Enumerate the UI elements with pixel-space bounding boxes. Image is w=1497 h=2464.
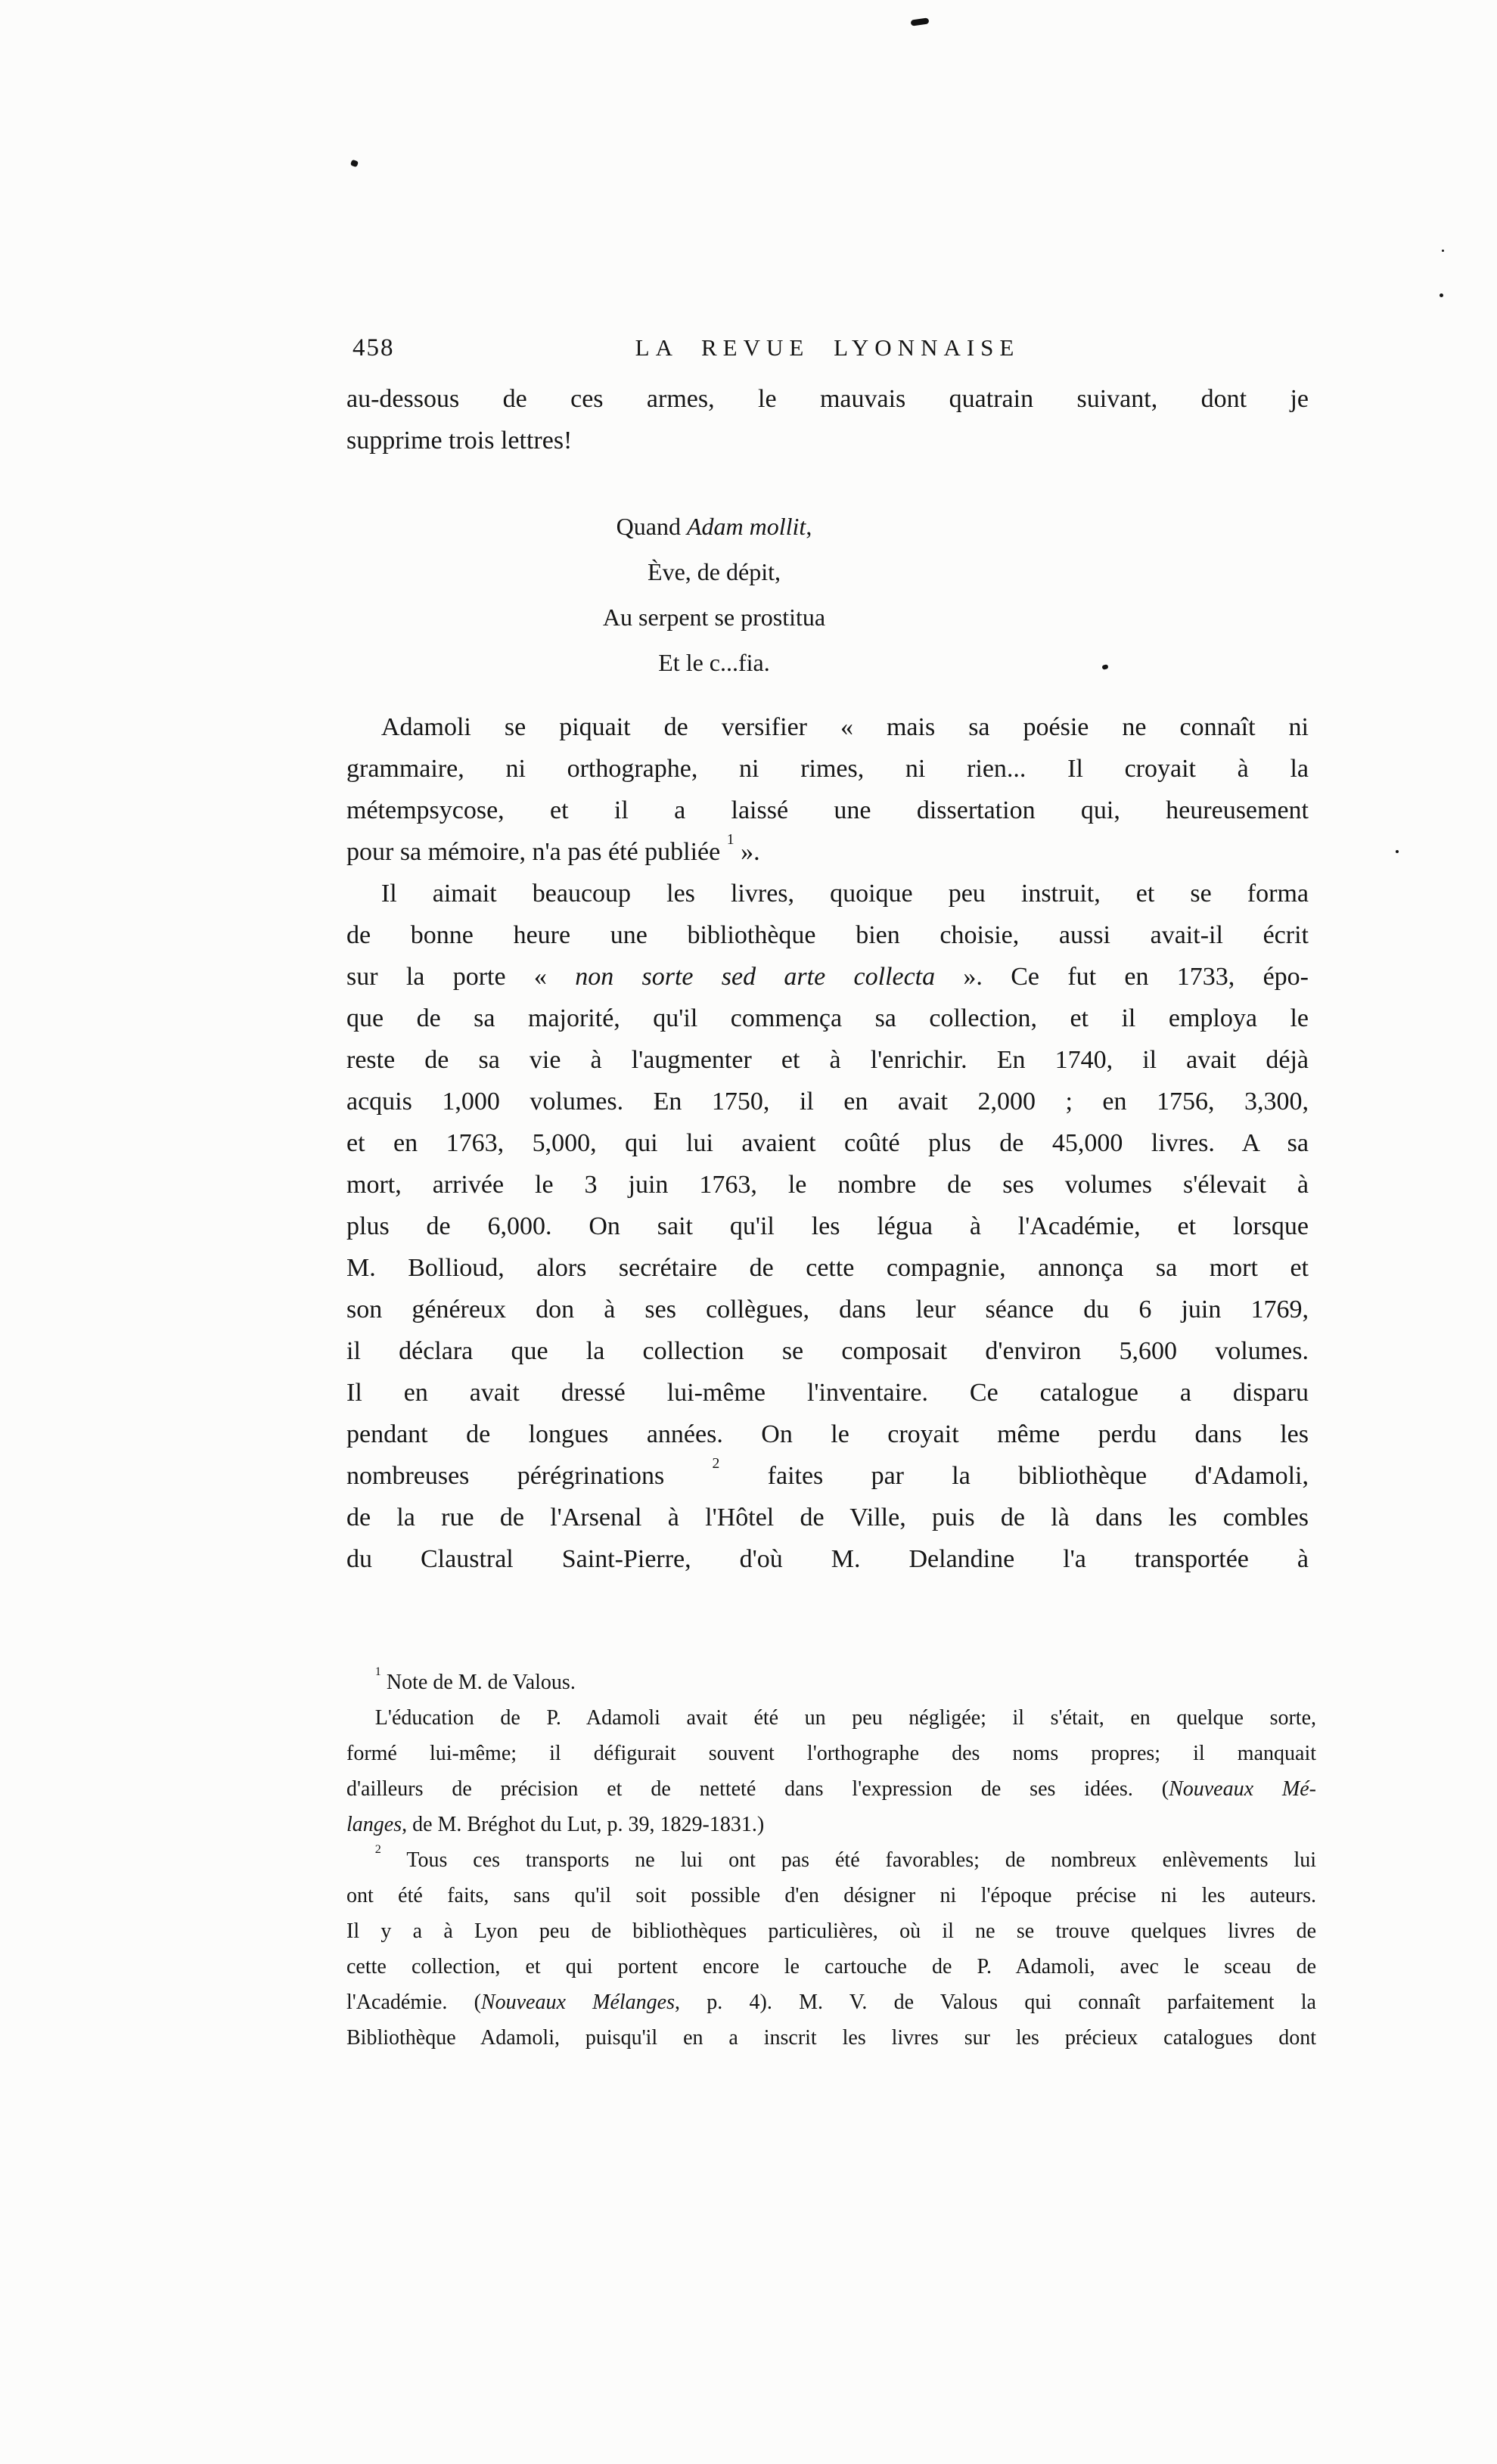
text-line: acquis 1,000 volumes. En 1750, il en ava… <box>346 1081 1309 1122</box>
text-run: Ève, de dépit, <box>648 558 781 585</box>
scan-speck <box>911 17 930 26</box>
text-line: du Claustral Saint-Pierre, d'où M. Delan… <box>346 1538 1309 1580</box>
scan-speck <box>350 160 359 168</box>
text-line: 2 Tous ces transports ne lui ont pas été… <box>346 1842 1316 1878</box>
text-run: Tous ces transports ne lui ont pas été f… <box>381 1848 1316 1872</box>
footnote-2-text: 2 Tous ces transports ne lui ont pas été… <box>346 1842 1316 2056</box>
text-line: formé lui-même; il défigurait souvent l'… <box>346 1736 1316 1771</box>
text-run: Note de M. de Valous. <box>381 1671 576 1694</box>
paragraph-versifier: Adamoli se piquait de versifier « mais s… <box>346 706 1309 873</box>
text-run: ». Ce fut en 1733, épo- <box>935 963 1309 991</box>
text-line: métempsycose, et il a laissé une dissert… <box>346 790 1309 831</box>
text-run: et en 1763, 5,000, qui lui avaient coûté… <box>346 1129 1309 1157</box>
text-line: l'Académie. (Nouveaux Mélanges, p. 4). M… <box>346 1985 1316 2020</box>
text-run: ont été faits, sans qu'il soit possible … <box>346 1884 1316 1907</box>
text-line: pendant de longues années. On le croyait… <box>346 1414 1309 1455</box>
text-line: grammaire, ni orthographe, ni rimes, ni … <box>346 748 1309 790</box>
text-line: Ève, de dépit, <box>346 549 1082 594</box>
italic-text: Nouveaux Mélanges <box>481 1991 675 2014</box>
text-run: acquis 1,000 volumes. En 1750, il en ava… <box>346 1088 1309 1116</box>
text-line: sur la porte « non sorte sed arte collec… <box>346 956 1309 998</box>
text-line: de la rue de l'Arsenal à l'Hôtel de Vill… <box>346 1497 1309 1538</box>
text-line: Il en avait dressé lui-même l'inventaire… <box>346 1372 1309 1414</box>
text-line: plus de 6,000. On sait qu'il les légua à… <box>346 1206 1309 1247</box>
text-line: d'ailleurs de précision et de netteté da… <box>346 1771 1316 1807</box>
scanned-book-page: 458 LA REVUE LYONNAISE au-dessous de ces… <box>0 0 1497 2464</box>
text-block: 458 LA REVUE LYONNAISE au-dessous de ces… <box>346 331 1309 2056</box>
text-run: , <box>806 513 812 540</box>
text-run: sur la porte « <box>346 963 575 991</box>
journal-title: LA REVUE LYONNAISE <box>346 331 1309 365</box>
footnote-reference: 2 <box>375 1842 381 1856</box>
text-run: mort, arrivée le 3 juin 1763, le nombre … <box>346 1171 1309 1199</box>
text-line: pour sa mémoire, n'a pas été publiée 1 »… <box>346 831 1309 873</box>
text-run: d'ailleurs de précision et de netteté da… <box>346 1777 1169 1801</box>
footnote-reference: 1 <box>375 1665 381 1678</box>
italic-text: Adam mollit <box>687 513 806 540</box>
italic-text: Nouveaux Mé- <box>1169 1777 1316 1801</box>
text-line: cette collection, et qui portent encore … <box>346 1949 1316 1985</box>
body-text: Adamoli se piquait de versifier « mais s… <box>346 706 1309 1580</box>
footnote-1-text: L'éducation de P. Adamoli avait été un p… <box>346 1700 1316 1842</box>
italic-text: langes <box>346 1813 402 1836</box>
scan-speck <box>1440 293 1443 297</box>
text-run: au-dessous de ces armes, le mauvais quat… <box>346 385 1309 413</box>
paragraph-bibliotheque: Il aimait beaucoup les livres, quoique p… <box>346 873 1309 1580</box>
text-line: Quand Adam mollit, <box>346 504 1082 549</box>
text-line: mort, arrivée le 3 juin 1763, le nombre … <box>346 1164 1309 1206</box>
text-line: Et le c...fia. <box>346 640 1082 685</box>
quatrain-verse: Quand Adam mollit,Ève, de dépit,Au serpe… <box>346 504 1309 685</box>
text-line: Il aimait beaucoup les livres, quoique p… <box>346 873 1309 914</box>
text-run: Et le c...fia. <box>658 649 769 676</box>
text-run: cette collection, et qui portent encore … <box>346 1955 1316 1978</box>
scan-speck <box>1442 250 1444 252</box>
text-run: que de sa majorité, qu'il commença sa co… <box>346 1004 1309 1032</box>
text-run: ». <box>735 838 760 866</box>
text-run: nombreuses pérégrinations <box>346 1462 713 1490</box>
text-run: Il aimait beaucoup les livres, quoique p… <box>381 880 1309 908</box>
footnote-reference: 2 <box>713 1455 720 1472</box>
text-run: , de M. Bréghot du Lut, p. 39, 1829-1831… <box>402 1813 764 1836</box>
text-run: faites par la bibliothèque d'Adamoli, <box>719 1462 1309 1490</box>
text-run: Adamoli se piquait de versifier « mais s… <box>381 713 1309 741</box>
text-line: M. Bollioud, alors secrétaire de cette c… <box>346 1247 1309 1289</box>
text-run: Bibliothèque Adamoli, puisqu'il en a ins… <box>346 2026 1316 2050</box>
text-line: reste de sa vie à l'augmenter et à l'enr… <box>346 1039 1309 1081</box>
text-run: L'éducation de P. Adamoli avait été un p… <box>375 1706 1316 1730</box>
text-run: du Claustral Saint-Pierre, d'où M. Delan… <box>346 1545 1309 1573</box>
footnotes: 1 Note de M. de Valous. L'éducation de P… <box>346 1665 1316 2056</box>
text-line: Au serpent se prostitua <box>346 594 1082 640</box>
text-line: langes, de M. Bréghot du Lut, p. 39, 182… <box>346 1807 1316 1842</box>
text-line: il déclara que la collection se composai… <box>346 1330 1309 1372</box>
text-line: son généreux don à ses collègues, dans l… <box>346 1289 1309 1330</box>
text-line: Adamoli se piquait de versifier « mais s… <box>346 706 1309 748</box>
text-run: Il y a à Lyon peu de bibliothèques parti… <box>346 1919 1316 1943</box>
text-run: métempsycose, et il a laissé une dissert… <box>346 796 1309 824</box>
text-run: Il en avait dressé lui-même l'inventaire… <box>346 1379 1309 1407</box>
text-run: Au serpent se prostitua <box>603 604 825 631</box>
text-line: ont été faits, sans qu'il soit possible … <box>346 1878 1316 1913</box>
text-line: Bibliothèque Adamoli, puisqu'il en a ins… <box>346 2020 1316 2056</box>
text-run: de bonne heure une bibliothèque bien cho… <box>346 921 1309 949</box>
running-header: 458 LA REVUE LYONNAISE <box>346 331 1309 365</box>
text-run: il déclara que la collection se composai… <box>346 1337 1309 1365</box>
text-run: pour sa mémoire, n'a pas été publiée <box>346 838 727 866</box>
text-line: que de sa majorité, qu'il commença sa co… <box>346 998 1309 1039</box>
text-run: l'Académie. ( <box>346 1991 481 2014</box>
text-line: supprime trois lettres! <box>346 420 1309 461</box>
text-line: L'éducation de P. Adamoli avait été un p… <box>346 1700 1316 1736</box>
text-run: de la rue de l'Arsenal à l'Hôtel de Vill… <box>346 1504 1309 1531</box>
text-line: et en 1763, 5,000, qui lui avaient coûté… <box>346 1122 1309 1164</box>
intro-paragraph: au-dessous de ces armes, le mauvais quat… <box>346 378 1309 461</box>
text-run: grammaire, ni orthographe, ni rimes, ni … <box>346 755 1309 783</box>
text-line: Il y a à Lyon peu de bibliothèques parti… <box>346 1913 1316 1949</box>
text-run: pendant de longues années. On le croyait… <box>346 1420 1309 1448</box>
footnote-1-marker: 1 Note de M. de Valous. <box>346 1665 1316 1700</box>
text-run: formé lui-même; il défigurait souvent l'… <box>346 1742 1316 1765</box>
text-run: , p. 4). M. V. de Valous qui connaît par… <box>675 1991 1316 2014</box>
footnote-reference: 1 <box>727 831 735 848</box>
text-run: son généreux don à ses collègues, dans l… <box>346 1296 1309 1324</box>
text-run: plus de 6,000. On sait qu'il les légua à… <box>346 1212 1309 1240</box>
text-run: Quand <box>617 513 687 540</box>
text-line: 1 Note de M. de Valous. <box>346 1665 1316 1700</box>
text-line: de bonne heure une bibliothèque bien cho… <box>346 914 1309 956</box>
italic-text: non sorte sed arte collecta <box>575 963 935 991</box>
text-line: nombreuses pérégrinations 2 faites par l… <box>346 1455 1309 1497</box>
text-run: M. Bollioud, alors secrétaire de cette c… <box>346 1254 1309 1282</box>
text-run: reste de sa vie à l'augmenter et à l'enr… <box>346 1046 1309 1074</box>
scan-speck <box>1396 850 1399 853</box>
text-line: au-dessous de ces armes, le mauvais quat… <box>346 378 1309 420</box>
text-run: supprime trois lettres! <box>346 427 572 455</box>
